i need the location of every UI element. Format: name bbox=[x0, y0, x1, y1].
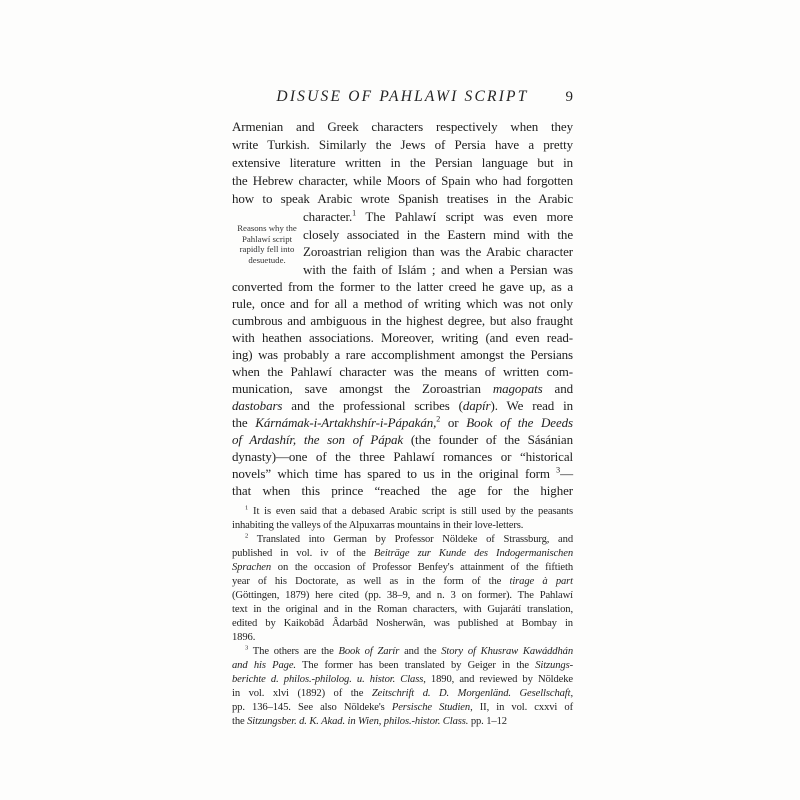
text-line: write Turkish. Similarly the Jews of Per… bbox=[232, 136, 573, 154]
text-line: inhabiting the valleys of the Alpuxarras… bbox=[232, 519, 573, 533]
text-line: 1896. bbox=[232, 631, 573, 645]
text-line: munication, save amongst the Zoroastrian… bbox=[232, 380, 573, 397]
text-line: 3 The others are the Book of Zarír and t… bbox=[232, 645, 573, 659]
text-line: year of his Doctorate, as well as in the… bbox=[232, 575, 573, 589]
text-line: Armenian and Greek characters respective… bbox=[232, 118, 573, 136]
text-line: rule, once and for all a method of writi… bbox=[232, 295, 573, 312]
text-line: how to speak Arabic wrote Spanish treati… bbox=[232, 190, 573, 208]
text-line: closely associated in the Eastern mind w… bbox=[303, 226, 573, 244]
page-title: DISUSE OF PAHLAWI SCRIPT bbox=[232, 88, 573, 106]
paragraph-opening: Armenian and Greek characters respective… bbox=[232, 118, 573, 208]
text-line: the Sitzungsber. d. K. Akad. in Wien, ph… bbox=[232, 715, 573, 729]
text-line: and his Page. The former has been transl… bbox=[232, 659, 573, 673]
footnotes: 1 It is even said that a debased Arabic … bbox=[232, 505, 573, 729]
text-line: when the Pahlawí character was the means… bbox=[232, 363, 573, 380]
text-line: edited by Kaikobâd Âdarbâd Nosherwân, wa… bbox=[232, 617, 573, 631]
text-line: Reasons why the bbox=[232, 223, 302, 234]
text-line: the Kárnámak-i-Artakhshír-i-Pápakán,2 or… bbox=[232, 414, 573, 431]
book-page: DISUSE OF PAHLAWI SCRIPT 9 Armenian and … bbox=[0, 0, 800, 800]
text-line: dastobars and the professional scribes (… bbox=[232, 397, 573, 414]
text-line: berichte d. philos.-philolog. u. histor.… bbox=[232, 673, 573, 687]
text-line: Pahlawí script bbox=[232, 234, 302, 245]
text-line: pp. 136–145. See also Nöldeke's Persisch… bbox=[232, 701, 573, 715]
text-line: Zoroastrian religion than was the Arabic… bbox=[303, 243, 573, 261]
text-line: novels” which time has spared to us in t… bbox=[232, 465, 573, 482]
text-line: published in vol. iv of the Beiträge zur… bbox=[232, 547, 573, 561]
text-line: with the faith of Islám ; and when a Per… bbox=[303, 261, 573, 279]
footnote-3: 3 The others are the Book of Zarír and t… bbox=[232, 645, 573, 729]
text-line: 2 Translated into German by Professor Nö… bbox=[232, 533, 573, 547]
text-line: the Hebrew character, while Moors of Spa… bbox=[232, 172, 573, 190]
page-number: 9 bbox=[566, 89, 574, 106]
text-line: ing) was probably a rare accomplishment … bbox=[232, 346, 573, 363]
paragraph-indented: character.1 The Pahlawí script was even … bbox=[303, 208, 573, 278]
text-line: of Ardashír, the son of Pápak (the found… bbox=[232, 431, 573, 448]
text-line: (Göttingen, 1879) here cited (pp. 38–9, … bbox=[232, 589, 573, 603]
margin-note: Reasons why thePahlawí scriptrapidly fel… bbox=[232, 208, 303, 278]
sidenote-row: Reasons why thePahlawí scriptrapidly fel… bbox=[232, 208, 573, 278]
text-line: that when this prince “reached the age f… bbox=[232, 482, 573, 499]
text-line: converted from the former to the latter … bbox=[232, 278, 573, 295]
footnote-1: 1 It is even said that a debased Arabic … bbox=[232, 505, 573, 533]
text-line: text in the original and in the Roman ch… bbox=[232, 603, 573, 617]
paragraph-continuation: converted from the former to the latter … bbox=[232, 278, 573, 499]
text-line: rapidly fell into bbox=[232, 244, 302, 255]
text-line: dynasty)—one of the three Pahlawí romanc… bbox=[232, 448, 573, 465]
text-line: 1 It is even said that a debased Arabic … bbox=[232, 505, 573, 519]
text-line: Sprachen on the occasion of Professor Be… bbox=[232, 561, 573, 575]
text-line: cumbrous and ambiguous in the highest de… bbox=[232, 312, 573, 329]
text-line: character.1 The Pahlawí script was even … bbox=[303, 208, 573, 226]
text-line: desuetude. bbox=[232, 255, 302, 266]
running-head: DISUSE OF PAHLAWI SCRIPT 9 bbox=[232, 88, 573, 110]
text-line: with heathen associations. Moreover, wri… bbox=[232, 329, 573, 346]
text-line: in vol. xlvi (1892) of the Zeitschrift d… bbox=[232, 687, 573, 701]
text-line: extensive literature written in the Pers… bbox=[232, 154, 573, 172]
footnote-2: 2 Translated into German by Professor Nö… bbox=[232, 533, 573, 645]
